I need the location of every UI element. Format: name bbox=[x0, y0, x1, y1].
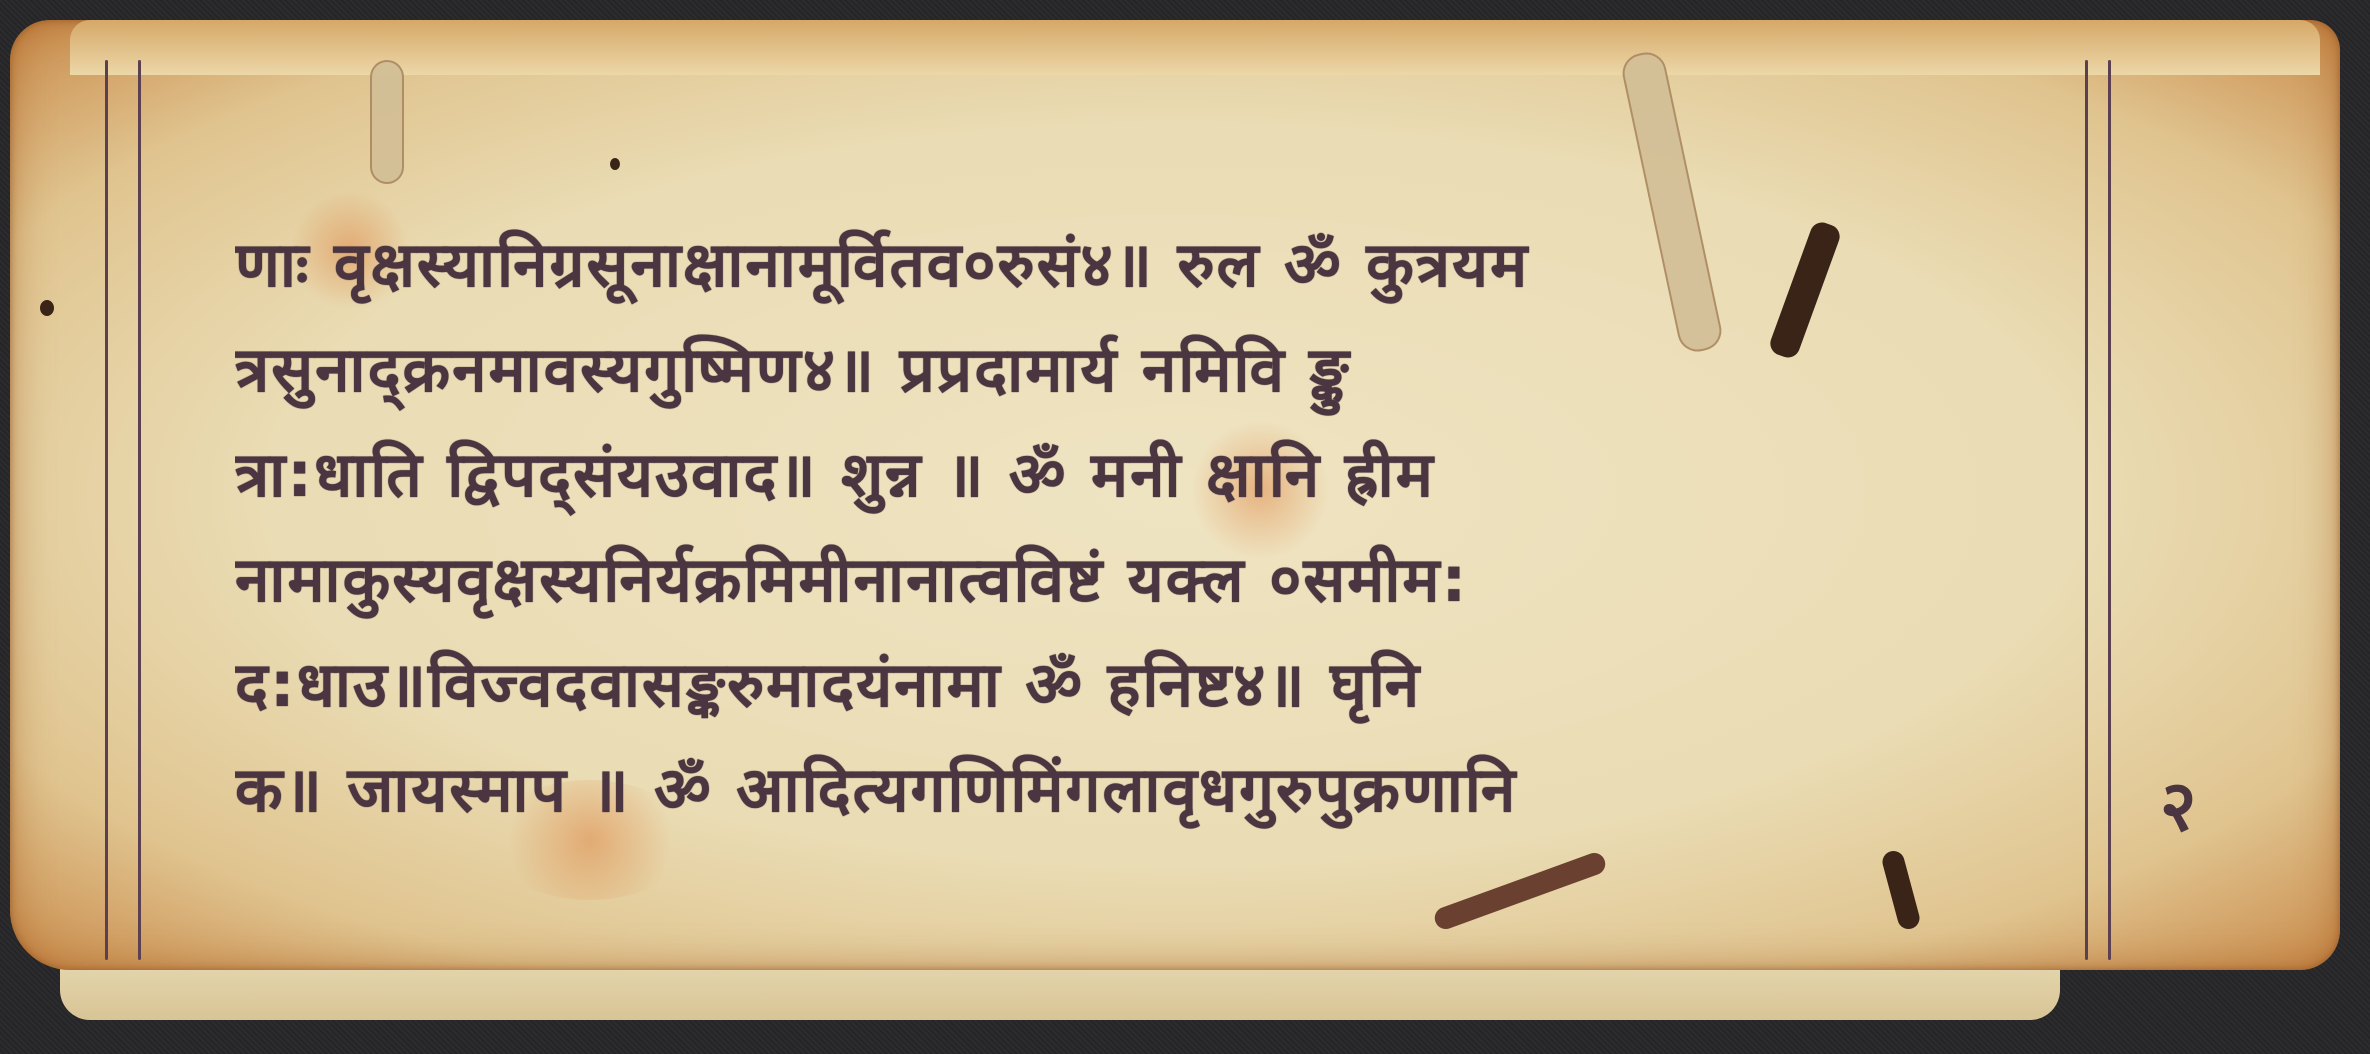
left-margin-line-inner bbox=[138, 60, 141, 960]
text-line-5: द:धाउ॥विज्वदवासङ्करुमादयंनामा ॐ हनिष्ट४॥… bbox=[235, 630, 2095, 735]
manuscript-leaf: णाः वृक्षस्यानिग्रसूनाक्षानामूर्वितव०रुस… bbox=[10, 20, 2340, 970]
leaf-top-edge bbox=[70, 20, 2320, 75]
text-line-3: त्रा:धाति द्विपद्संयउवाद॥ शुन्न ॥ ॐ मनी … bbox=[235, 420, 2095, 525]
left-margin-line bbox=[105, 60, 108, 960]
worm-hole bbox=[1432, 850, 1609, 932]
worm-hole bbox=[610, 158, 620, 170]
worm-hole bbox=[1880, 849, 1922, 932]
text-line-1: णाः वृक्षस्यानिग्रसूनाक्षानामूर्वितव०रुस… bbox=[235, 210, 2095, 315]
text-line-2: त्रसुनाद्क्रनमावस्यगुष्मिण४॥ प्रप्रदामार… bbox=[235, 315, 2095, 420]
worm-trail bbox=[370, 60, 404, 184]
manuscript-text: णाः वृक्षस्यानिग्रसूनाक्षानामूर्वितव०रुस… bbox=[235, 210, 2095, 840]
worm-hole bbox=[40, 300, 54, 316]
folio-number: २ bbox=[2160, 755, 2196, 851]
text-line-4: नामाकुस्यवृक्षस्यनिर्यक्रमिमीनानात्वविष्… bbox=[235, 525, 2095, 630]
text-line-6: क॥ जायस्माप ॥ ॐ आदित्यगणिमिंगलावृधगुरुपु… bbox=[235, 735, 2095, 840]
right-margin-line-inner bbox=[2108, 60, 2111, 960]
